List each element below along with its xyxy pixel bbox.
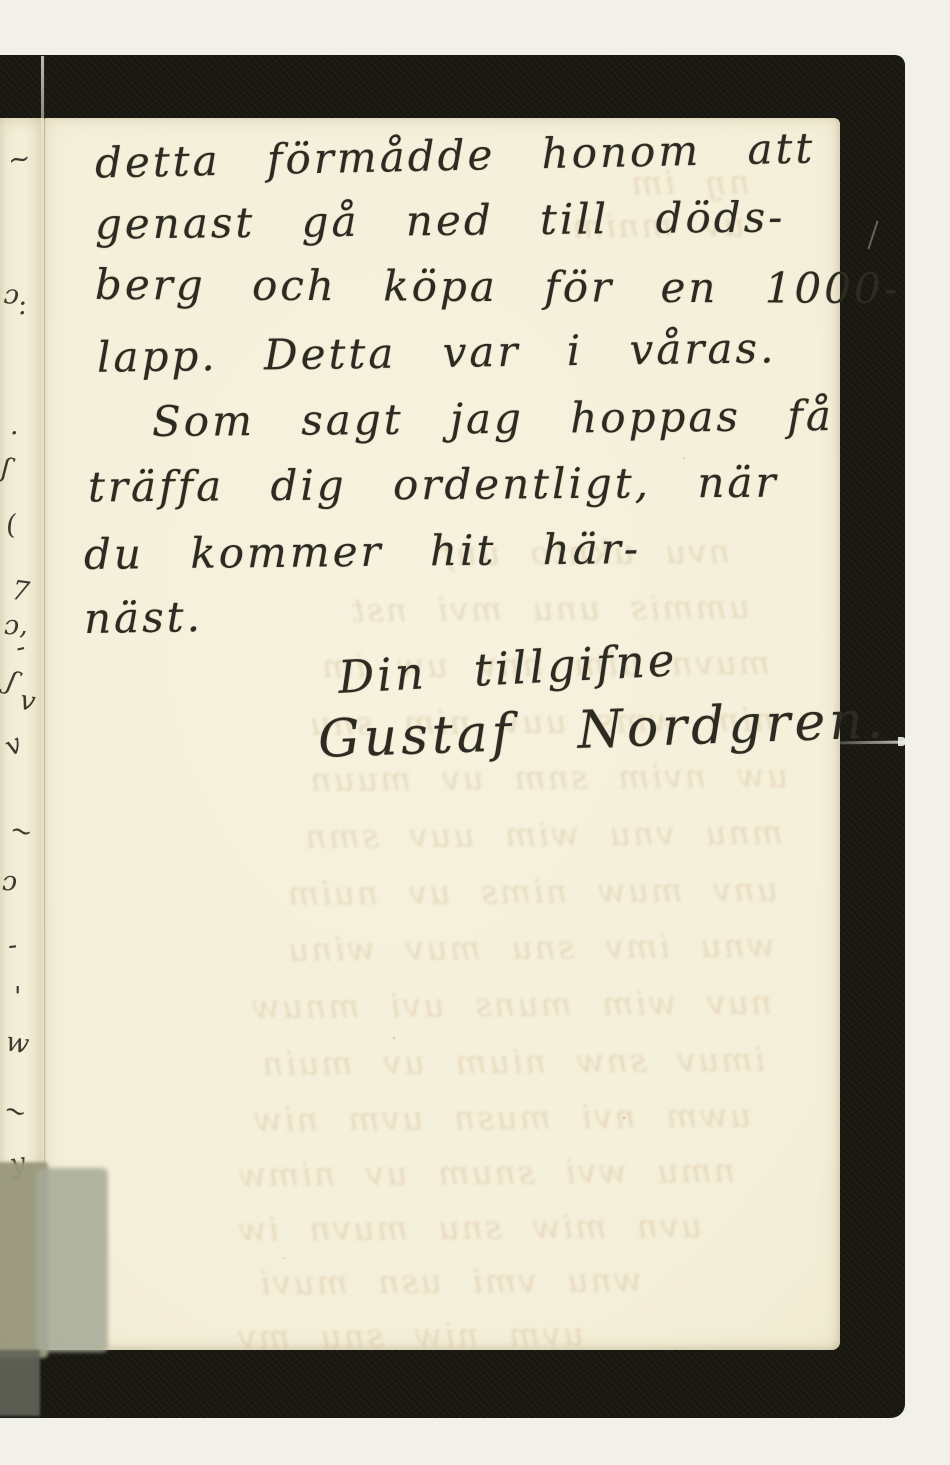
letter-line: träffa dig ordentligt, när [88, 458, 779, 512]
handwriting-layer: detta förmådde honom att genast gå ned t… [0, 0, 950, 1465]
letter-line: näst. [84, 592, 204, 643]
letter-line: Som sagt jag hoppas få [152, 391, 834, 446]
letter-line: du kommer hit här- [84, 524, 642, 579]
tape-residue-patch [0, 1350, 40, 1416]
letter-line: detta förmådde honom att [95, 123, 816, 187]
tape-residue-patch [36, 1168, 108, 1352]
photo-stage: ~ɔ.··ʃ(7ɔ,-ʃvv~ɔ-'w~y nŋ imuv mnim wnvu … [0, 0, 950, 1465]
scanned-letter-photograph: { "scan": { "description": "Handwritten … [0, 0, 950, 1465]
letter-line: lapp. Detta var i våras. [97, 323, 777, 381]
letter-closing: Din tillgifne [337, 633, 679, 704]
letter-signature: Gustaf Nordgren. [317, 690, 888, 770]
edge-nick [898, 737, 906, 746]
letter-line: berg och köpa för en 1000- [95, 260, 901, 313]
letter-line: genast gå ned till döds- [95, 192, 786, 248]
